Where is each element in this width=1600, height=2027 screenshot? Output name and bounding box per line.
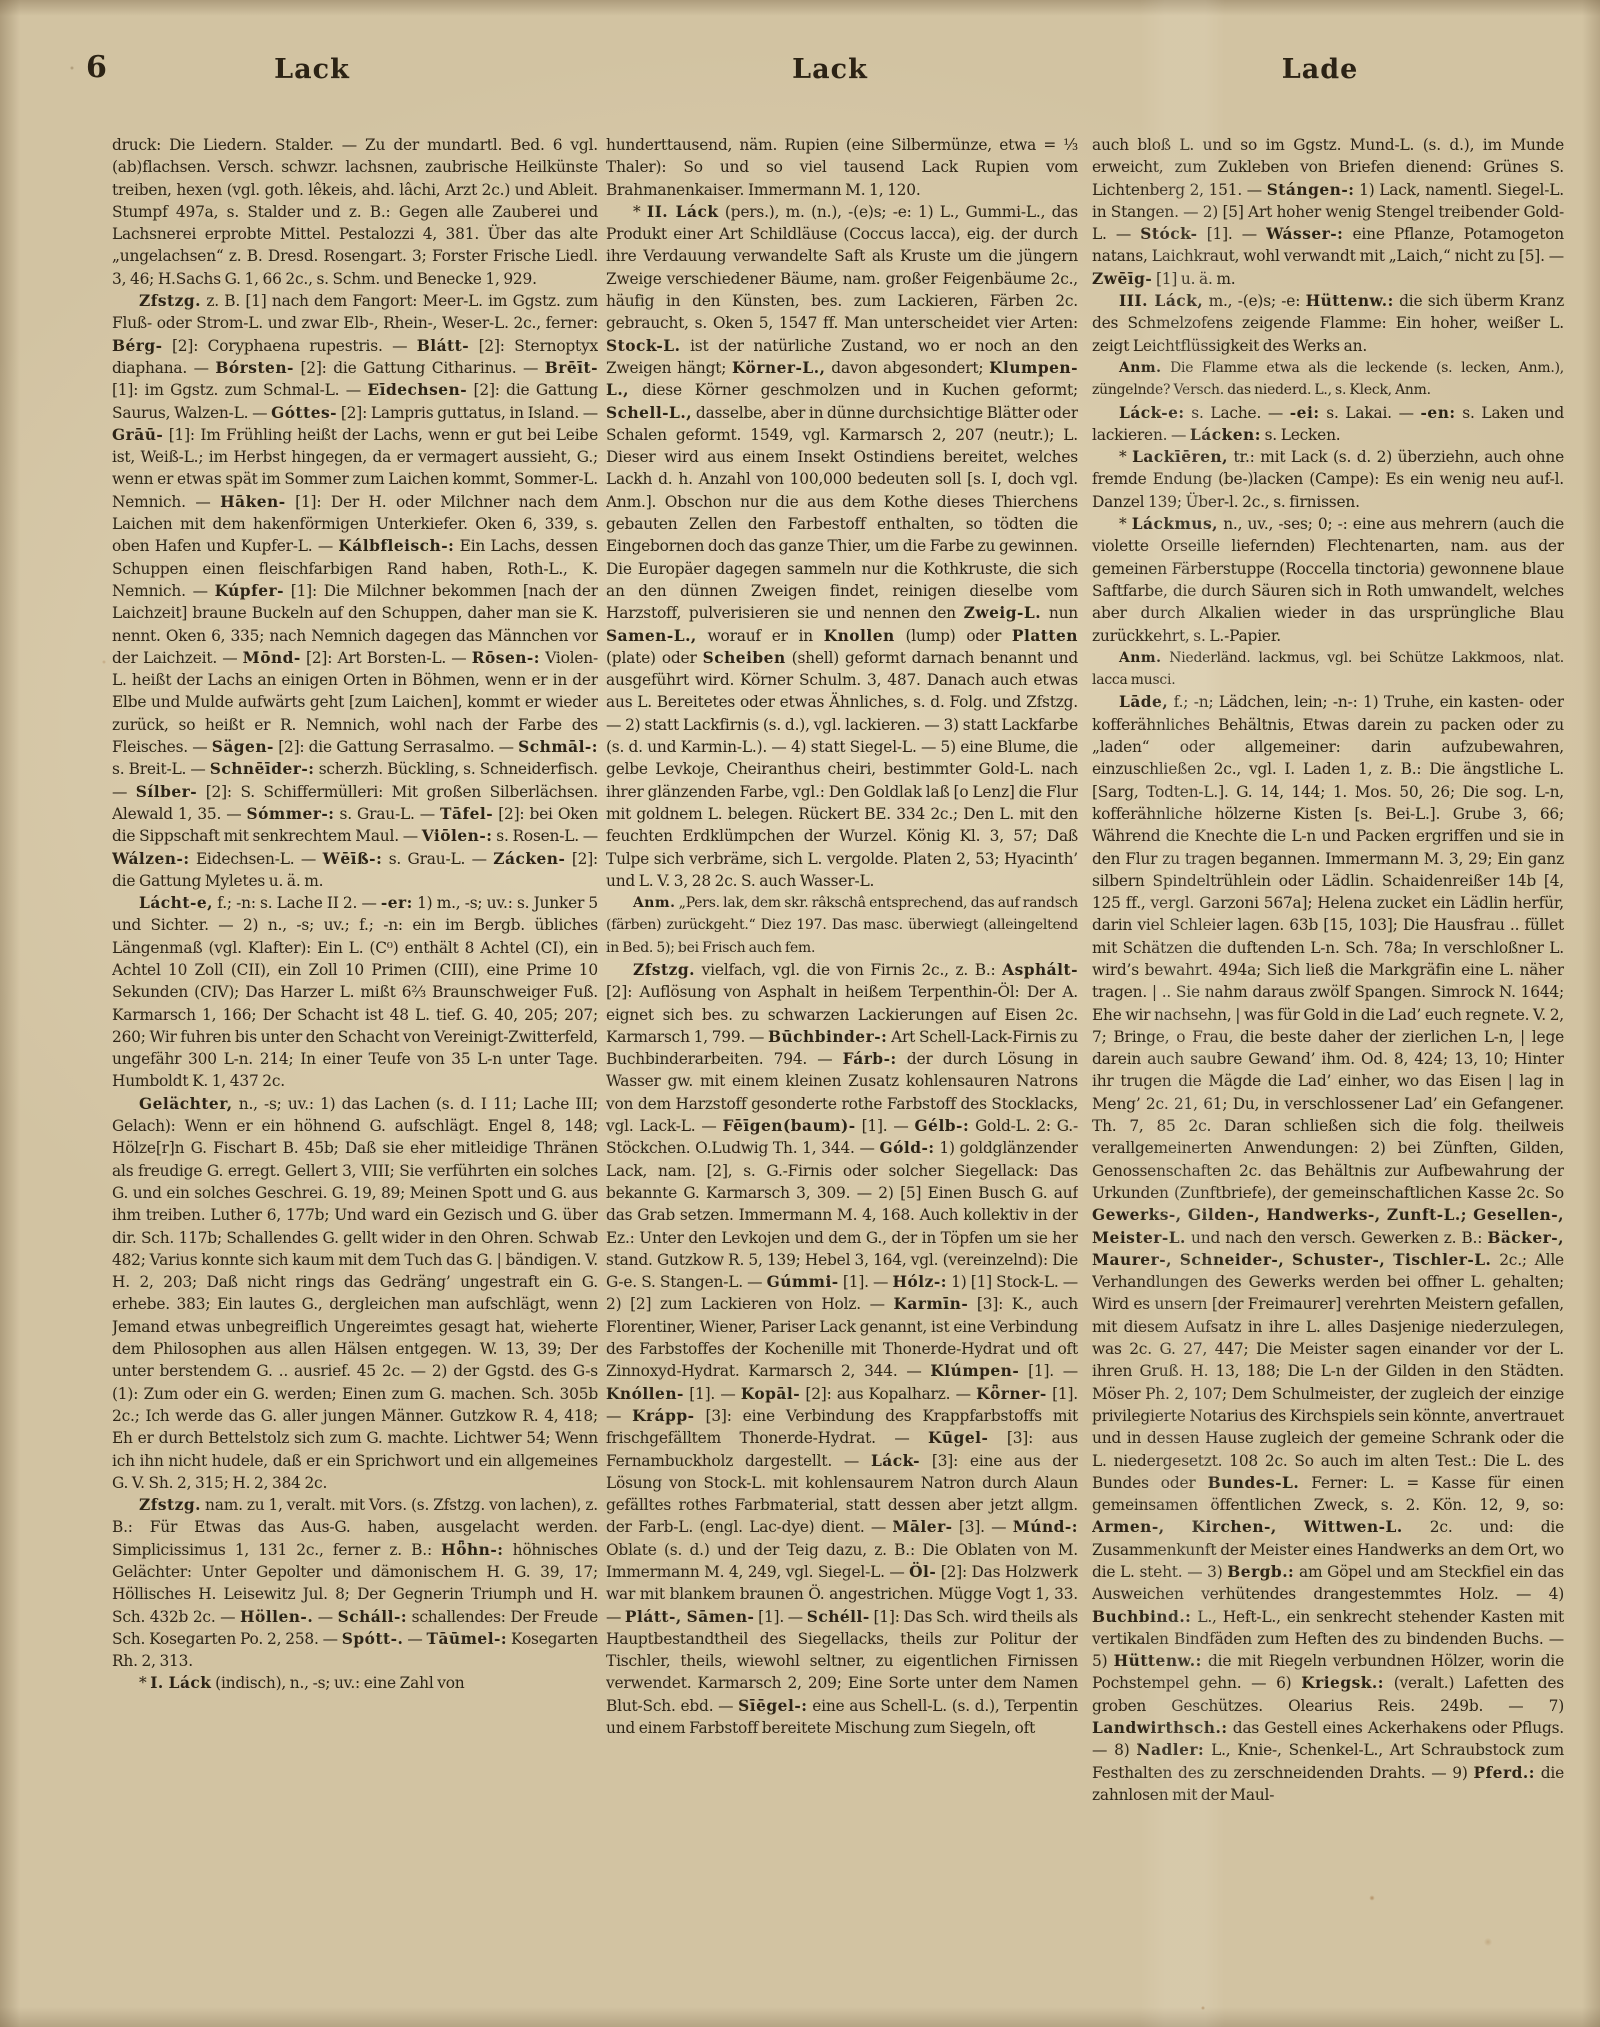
headword: Knollen	[824, 627, 895, 645]
headword: Fárb-:	[843, 1050, 897, 1068]
headword: Láck-	[871, 1452, 920, 1470]
headword: Karmīn-	[894, 1295, 969, 1313]
headword: Maurer-,	[1092, 1251, 1172, 1269]
headword: Schneider-,	[1180, 1251, 1284, 1269]
headword: Lácken:	[1190, 426, 1261, 444]
headword: Bundes-L.	[1208, 1474, 1300, 1492]
headword: Eīdechsen-	[367, 381, 467, 399]
headword: Sägen-	[212, 738, 274, 756]
paragraph: auch bloß L. und so im Ggstz. Mund-L. (s…	[1092, 134, 1564, 290]
headword: Fēīgen(baum)-	[723, 1117, 856, 1135]
running-title-column-3: Lade	[1100, 54, 1540, 85]
headword: Tāūmel-:	[427, 1630, 508, 1648]
headword: -en:	[1421, 404, 1456, 422]
paragraph: Lāde, f.; -n; Lädchen, lein; -n-: 1) Tru…	[1092, 691, 1564, 1806]
headword: Zácken-	[493, 850, 565, 868]
headword: Klúmpen-	[930, 1362, 1019, 1380]
headword: Anm.	[633, 895, 675, 911]
headword: Lāde,	[1119, 693, 1168, 711]
headword: Kȫrner-	[976, 1385, 1047, 1403]
headword: Gilden-,	[1188, 1206, 1260, 1224]
paragraph: hunderttausend, näm. Rupien (eine Silber…	[606, 134, 1078, 201]
headword: Hüttenw.:	[1306, 292, 1394, 310]
headword: -er:	[381, 894, 413, 912]
headword: Stángen-:	[1267, 181, 1355, 199]
headword: Scheiben	[703, 649, 786, 667]
paragraph: * Lackīēren, tr.: mit Lack (s. d. 2) übe…	[1092, 446, 1564, 513]
headword: Armen-,	[1092, 1518, 1165, 1536]
headword: Góld-:	[880, 1139, 935, 1157]
headword: Gesellen-,	[1473, 1206, 1564, 1224]
headword: Bórsten-	[215, 359, 294, 377]
headword: Hȫhn-:	[441, 1541, 503, 1559]
headword: Būchbinder-:	[768, 1028, 887, 1046]
paragraph: Anm. „Pers. lak, dem skr. râkschâ entspr…	[606, 892, 1078, 959]
text-column-3: auch bloß L. und so im Ggstz. Mund-L. (s…	[1092, 134, 1564, 1924]
headword: Samen-L.,	[606, 627, 697, 645]
paragraph: Láck-e: s. Lache. — -ei: s. Lakai. — -en…	[1092, 402, 1564, 447]
running-title-column-1: Lack	[112, 54, 512, 85]
headword: Schuster-,	[1292, 1251, 1385, 1269]
headword: Lackīēren,	[1132, 448, 1228, 466]
headword: Spótt-.	[342, 1630, 404, 1648]
paragraph: Anm. Die Flamme etwa als die leckende (s…	[1092, 357, 1564, 402]
headword: Hólz-:	[892, 1273, 946, 1291]
headword: Brēīt-	[545, 359, 598, 377]
headword: Meister-L.	[1092, 1229, 1186, 1247]
headword: Gúmmi-	[767, 1273, 839, 1291]
headword: Buchbind.:	[1092, 1608, 1191, 1626]
headword: I. Láck	[150, 1674, 211, 1692]
headword: Stock-L.	[606, 337, 680, 355]
headword: Nadler:	[1136, 1741, 1204, 1759]
headword: Bergb.:	[1227, 1563, 1294, 1581]
headword: Krápp-	[632, 1407, 694, 1425]
headword: Zunft-L.;	[1387, 1206, 1467, 1224]
headword: -ei:	[1290, 404, 1320, 422]
headword: Sílber-	[136, 783, 197, 801]
headword: III. Láck,	[1119, 292, 1203, 310]
headword: Platten	[1012, 627, 1078, 645]
paragraph: Lácht-e, f.; -n: s. Lache II 2. — -er: 1…	[112, 892, 598, 1093]
paragraph: * I. Láck (indisch), n., -s; uv.: eine Z…	[112, 1672, 598, 1694]
headword: Scháll-:	[338, 1608, 407, 1626]
headword: Zweig-L.	[964, 604, 1041, 622]
headword: Stóck-	[1140, 225, 1197, 243]
running-title-column-2: Lack	[620, 54, 1040, 85]
headword: Kriegsk.:	[1301, 1674, 1384, 1692]
headword: Handwerks-,	[1266, 1206, 1380, 1224]
headword: Blátt-	[417, 337, 469, 355]
paragraph: Zfstzg. nam. zu 1, veralt. mit Vors. (s.…	[112, 1494, 598, 1672]
headword: Mōnd-	[243, 649, 301, 667]
headword: Landwirthsch.:	[1092, 1719, 1228, 1737]
headword: Klumpen-L.,	[606, 359, 1078, 399]
headword: Rōsen-:	[472, 649, 540, 667]
headword: Schnēīder-:	[210, 760, 315, 778]
headword: Wēīß-:	[323, 850, 383, 868]
headword: Láck-e:	[1119, 404, 1185, 422]
headword: Bäcker-,	[1487, 1229, 1564, 1247]
headword: Bérg-	[112, 337, 163, 355]
headword: Góttes-	[271, 404, 337, 422]
paragraph: Gelächter, n., -s; uv.: 1) das Lachen (s…	[112, 1093, 598, 1494]
headword: Knóllen-	[606, 1385, 684, 1403]
headword: Zfstzg.	[139, 1496, 201, 1514]
headword: Plátt-, Sāmen-	[625, 1608, 755, 1626]
headword: Kirchen-,	[1192, 1518, 1277, 1536]
headword: II. Láck	[647, 203, 719, 221]
headword: Schéll-	[807, 1608, 870, 1626]
headword: Wásser-:	[1266, 225, 1343, 243]
headword: Anm.	[1119, 650, 1161, 666]
headword: Láckmus,	[1132, 515, 1218, 533]
paragraph: druck: Die Liedern. Stalder. — Zu der mu…	[112, 134, 598, 290]
headword: Schmāl-:	[518, 738, 598, 756]
page-number: 6	[86, 50, 107, 85]
headword: Anm.	[1119, 360, 1161, 376]
paragraph: III. Láck, m., -(e)s; -e: Hüttenw.: die …	[1092, 290, 1564, 357]
headword: Kūgel-	[928, 1429, 988, 1447]
headword: Māler-	[892, 1518, 952, 1536]
paragraph: Zfstzg. vielfach, vgl. die von Firnis 2c…	[606, 959, 1078, 1739]
headword: Körner-L.,	[732, 359, 825, 377]
paragraph: Anm. Niederländ. lackmus, vgl. bei Schüt…	[1092, 647, 1564, 692]
headword: Pferd.:	[1473, 1764, 1534, 1782]
headword: Hüttenw.:	[1114, 1652, 1202, 1670]
headword: Höllen-.	[240, 1608, 313, 1626]
headword: Tāfel-	[440, 805, 493, 823]
text-column-1: druck: Die Liedern. Stalder. — Zu der mu…	[112, 134, 598, 1924]
headword: Öl-	[909, 1563, 936, 1581]
headword: Gélb-:	[915, 1117, 970, 1135]
headword: Lácht-e,	[139, 894, 213, 912]
headword: Wálzen-:	[112, 850, 190, 868]
headword: Kopāl-	[741, 1385, 800, 1403]
headword: Wittwen-L.	[1304, 1518, 1403, 1536]
headword: Gelächter,	[139, 1095, 233, 1113]
running-head: 6 Lack Lack Lade	[0, 46, 1600, 92]
headword: Tischler-L.	[1393, 1251, 1491, 1269]
text-column-2: hunderttausend, näm. Rupien (eine Silber…	[606, 134, 1078, 1924]
paragraph: Zfstzg. z. B. [1] nach dem Fangort: Meer…	[112, 290, 598, 892]
headword: Gewerks-,	[1092, 1206, 1182, 1224]
headword: Viōlen-:	[422, 827, 493, 845]
headword: Schell-L.,	[606, 404, 692, 422]
headword: Zwēīg-	[1092, 270, 1152, 288]
headword: Sómmer-:	[247, 805, 335, 823]
headword: Asphált-	[1002, 961, 1078, 979]
paragraph: * Láckmus, n., uv., -ses; 0; -: eine aus…	[1092, 513, 1564, 647]
headword: Sīēgel-:	[738, 1697, 807, 1715]
headword: Zfstzg.	[633, 961, 695, 979]
scanned-dictionary-page: { "page": { "paper_color": "#d2c3a2", "i…	[0, 0, 1600, 2027]
headword: Kálbfleisch-:	[338, 537, 454, 555]
headword: Zfstzg.	[139, 292, 201, 310]
headword: Kúpfer-	[215, 582, 284, 600]
headword: Grāū-	[112, 426, 163, 444]
headword: Múnd-:	[1013, 1518, 1078, 1536]
headword: Hāken-	[220, 493, 286, 511]
paragraph: * II. Láck (pers.), m. (n.), -(e)s; -e: …	[606, 201, 1078, 892]
